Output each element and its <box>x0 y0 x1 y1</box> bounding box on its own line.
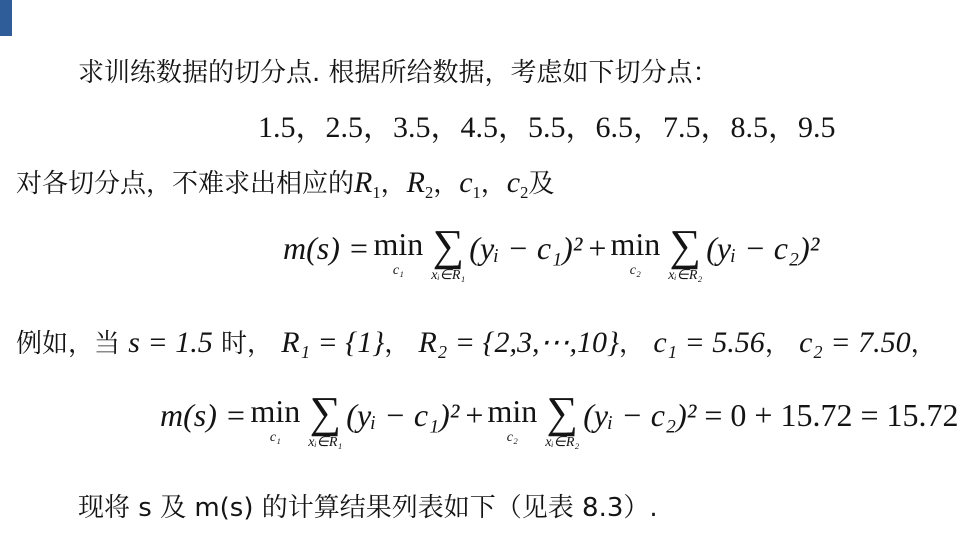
intro-line: 求训练数据的切分点. 根据所给数据，考虑如下切分点： <box>78 60 719 86</box>
formula-term: (yᵢ − c₁)² <box>346 397 459 433</box>
separator: ， <box>433 169 459 199</box>
formula-result: = 0 + 15.72 = 15.72 <box>704 395 958 431</box>
min-operator: minc₂ <box>487 395 537 445</box>
min-operator: minc₁ <box>250 395 300 445</box>
sum-operator: ∑xᵢ∈R₂ <box>545 395 579 450</box>
s-value: s = 1.5 <box>128 326 212 359</box>
c2-value: c₂ = 7.50 <box>799 326 911 359</box>
definition-suffix: 及 <box>528 169 554 199</box>
separator: ， <box>481 169 507 199</box>
r1-set: R₁ = {1} <box>281 326 384 359</box>
example-prefix: 例如，当 <box>16 329 120 359</box>
example-time: 时， <box>221 329 273 359</box>
example-line: 例如，当 s = 1.5 时， R₁ = {1}， R₂ = {2,3,⋯,10… <box>16 328 937 358</box>
formula-lhs: m(s) = <box>160 397 246 433</box>
accent-bar <box>0 0 12 36</box>
formula-lhs: m(s) = <box>283 230 369 266</box>
definition-prefix: 对各切分点，不难求出相应的 <box>16 169 354 199</box>
formula-term: (yᵢ − c₁)² <box>469 230 582 266</box>
r2-subscript: 2 <box>425 183 433 202</box>
sum-operator: ∑xᵢ∈R₁ <box>431 228 465 283</box>
split-points-list: 1.5，2.5，3.5，4.5，5.5，6.5，7.5，8.5，9.5 <box>258 113 836 143</box>
conclusion-line: 现将 s 及 m(s) 的计算结果列表如下（见表 8.3）. <box>78 495 658 521</box>
min-operator: minc₂ <box>610 228 660 278</box>
min-operator: minc₁ <box>373 228 423 278</box>
separator: ， <box>381 169 407 199</box>
formula-ms-example: m(s) = minc₁ ∑xᵢ∈R₁ (yᵢ − c₁)² + minc₂ ∑… <box>160 395 959 450</box>
c1-value: c₁ = 5.56 <box>653 326 765 359</box>
r1-subscript: 1 <box>372 183 380 202</box>
c1-subscript: 1 <box>473 183 481 202</box>
plus-sign: + <box>588 228 606 264</box>
formula-ms-definition: m(s) = minc₁ ∑xᵢ∈R₁ (yᵢ − c₁)² + minc₂ ∑… <box>283 228 819 283</box>
formula-term: (yᵢ − c₂)² <box>583 397 696 433</box>
r2-set: R₂ = {2,3,⋯,10} <box>419 326 620 359</box>
r2-symbol: R <box>407 166 425 199</box>
c1-symbol: c <box>459 166 472 199</box>
sum-operator: ∑xᵢ∈R₂ <box>668 228 702 283</box>
plus-sign: + <box>465 395 483 431</box>
sum-operator: ∑xᵢ∈R₁ <box>308 395 342 450</box>
definition-line: 对各切分点，不难求出相应的R1，R2，c1，c2及 <box>16 168 554 198</box>
formula-term: (yᵢ − c₂)² <box>706 230 819 266</box>
c2-symbol: c <box>507 166 520 199</box>
r1-symbol: R <box>354 166 372 199</box>
